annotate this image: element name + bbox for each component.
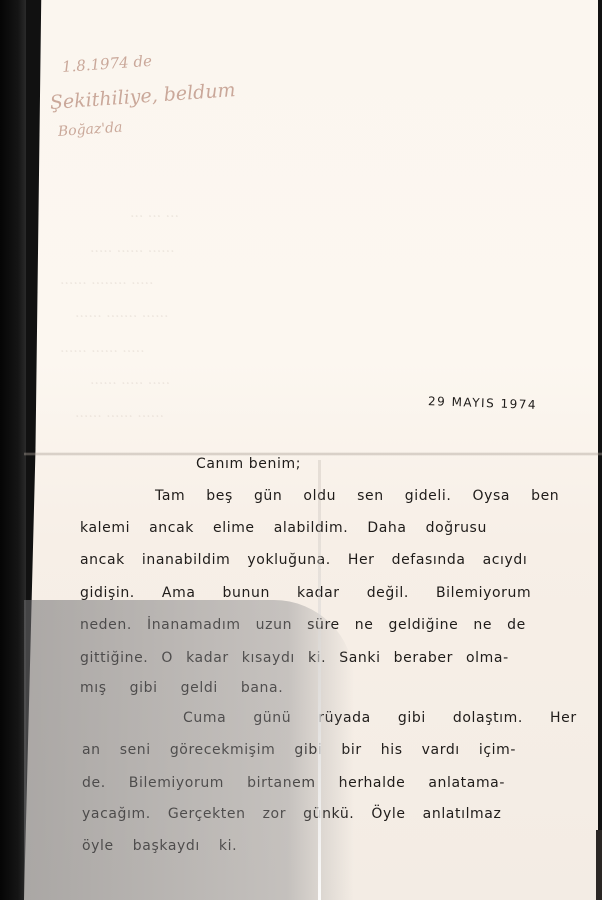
letter-line: kalemi ancak elime alabildim. Daha doğru… [80,520,487,536]
vertical-fold-crease [318,460,321,900]
horizontal-fold-crease [24,452,602,456]
bleed-through-line: ..... ........ ...... [60,272,153,288]
bleed-through-line: ..... ...... ...... [60,340,145,356]
dark-background-corner [596,830,602,900]
letter-line: Tam beş gün oldu sen gideli. Oysa ben [155,488,559,504]
letter-line: gidişin. Ama bunun kadar değil. Bilemiyo… [80,585,531,601]
bleed-through-line: ...... ...... ...... [75,405,164,421]
hand-shadow [24,600,354,900]
dark-background-edge [0,0,26,900]
letter-line: ancak inanabildim yokluğuna. Her defasın… [80,552,527,568]
bleed-through-line: ... ... ... [130,205,179,221]
bleed-through-line: ..... ..... ...... [90,372,170,388]
bleed-through-line: ...... ....... ...... [75,305,168,321]
bleed-through-line: ...... ...... ..... [90,240,175,256]
letter-salutation: Canım benim; [196,456,301,472]
